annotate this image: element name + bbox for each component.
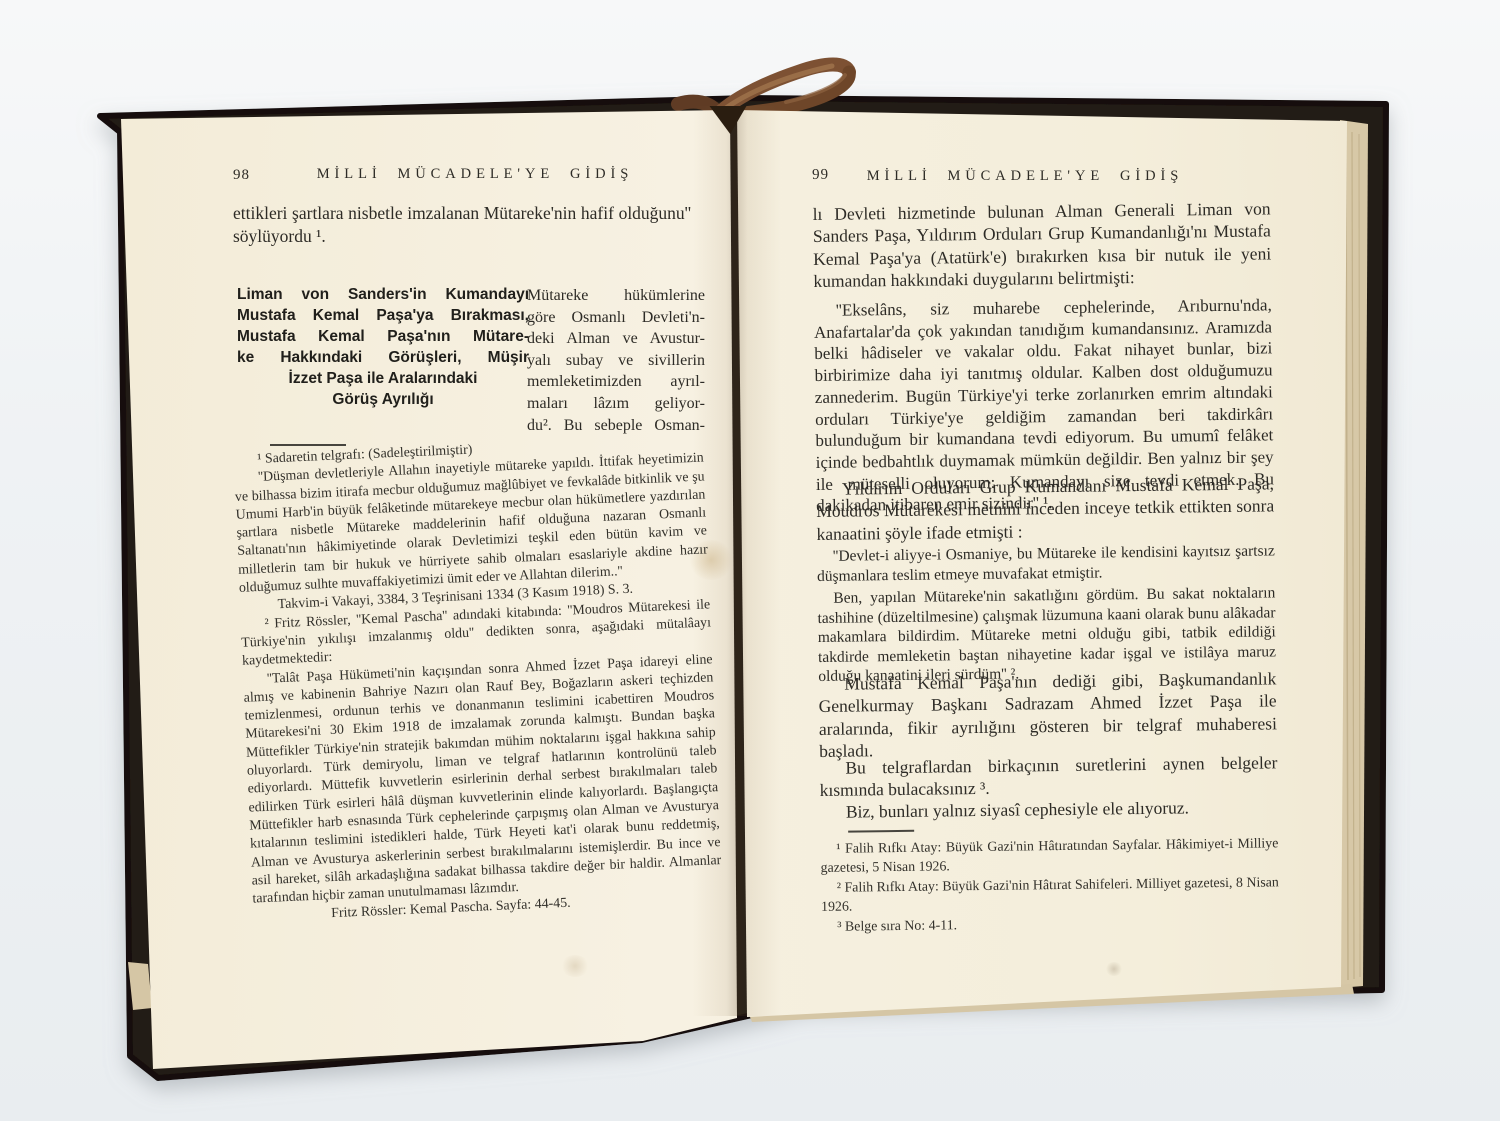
section-heading-line: Mustafa Kemal Paşa'ya Bırakması, (237, 305, 529, 326)
footnote-1-quote: ''Düşman devletleriyle Allahın inayetiyl… (234, 450, 709, 598)
footnote-rule (270, 444, 346, 446)
right-page-text: 99 lı Devleti hizmetinde bulunan Alman G… (810, 0, 1284, 1000)
section-heading-line: ke Hakkındaki Görüşleri, Müşir (237, 347, 529, 368)
side-column: Mütareke hükümlerine göre Osmanlı Devlet… (527, 285, 705, 436)
section-heading-line: Liman von Sanders'in Kumandayı (237, 284, 529, 305)
footnote-1: ¹ Falih Rıfkı Atay: Büyük Gazi'nin Hâtır… (820, 835, 1278, 878)
left-intro-paragraph: ettikleri şartlara nisbetle imzalanan Mü… (233, 202, 691, 247)
section-heading-line: Mustafa Kemal Paşa'nın Mütare- (237, 326, 529, 347)
paragraph: Biz, bunları yalnız siyasî cephesiyle el… (820, 795, 1278, 823)
footnote-rule (848, 830, 914, 832)
memoir-quote: ''Devlet-i aliyye-i Osmaniye, bu Mütarek… (817, 541, 1275, 586)
side-column-line: maları lâzım geliyor- (527, 393, 705, 415)
paragraph: Bu telgraflardan birkaçının suretlerini … (819, 751, 1278, 801)
paragraph: lı Devleti hizmetinde bulunan Alman Gene… (812, 197, 1271, 292)
footnote-3: ³ Belge sıra No: 4-11. (821, 913, 1279, 937)
right-page-number: 99 (812, 161, 1270, 184)
section-heading-line: İzzet Paşa ile Aralarındaki (237, 368, 529, 389)
side-column-line: deki Alman ve Avustur- (527, 328, 705, 350)
paragraph: Mustafa Kemal Paşa'nın dediği gibi, Başk… (818, 667, 1277, 762)
left-page-number: 98 (233, 167, 250, 184)
section-heading: Liman von Sanders'in Kumandayı Mustafa K… (237, 284, 529, 410)
left-footnotes: ¹ Sadaretin telgrafı: (Sadeleştirilmişti… (233, 431, 723, 927)
photo-background: 98 MİLLİ MÜCADELE'YE GİDİŞ ettikleri şar… (0, 0, 1500, 1121)
side-column-line: göre Osmanlı Devleti'n- (527, 307, 705, 329)
section-heading-line: Görüş Ayrılığı (237, 389, 529, 410)
left-running-header: MİLLİ MÜCADELE'YE GİDİŞ (255, 166, 695, 183)
side-column-line: Mütareke hükümlerine (527, 285, 705, 307)
side-column-line: memleketimizden ayrıl- (527, 371, 705, 393)
paragraph: Yıldırım Orduları Grup Kumandanı Mustafa… (816, 472, 1275, 544)
footnote-2: ² Falih Rıfkı Atay: Büyük Gazi'nin Hâtır… (821, 874, 1279, 917)
side-column-line: yalı subay ve sivillerin (527, 350, 705, 372)
footnote-2-quote: ''Talât Paşa Hükümeti'nin kaçışından son… (243, 651, 723, 909)
